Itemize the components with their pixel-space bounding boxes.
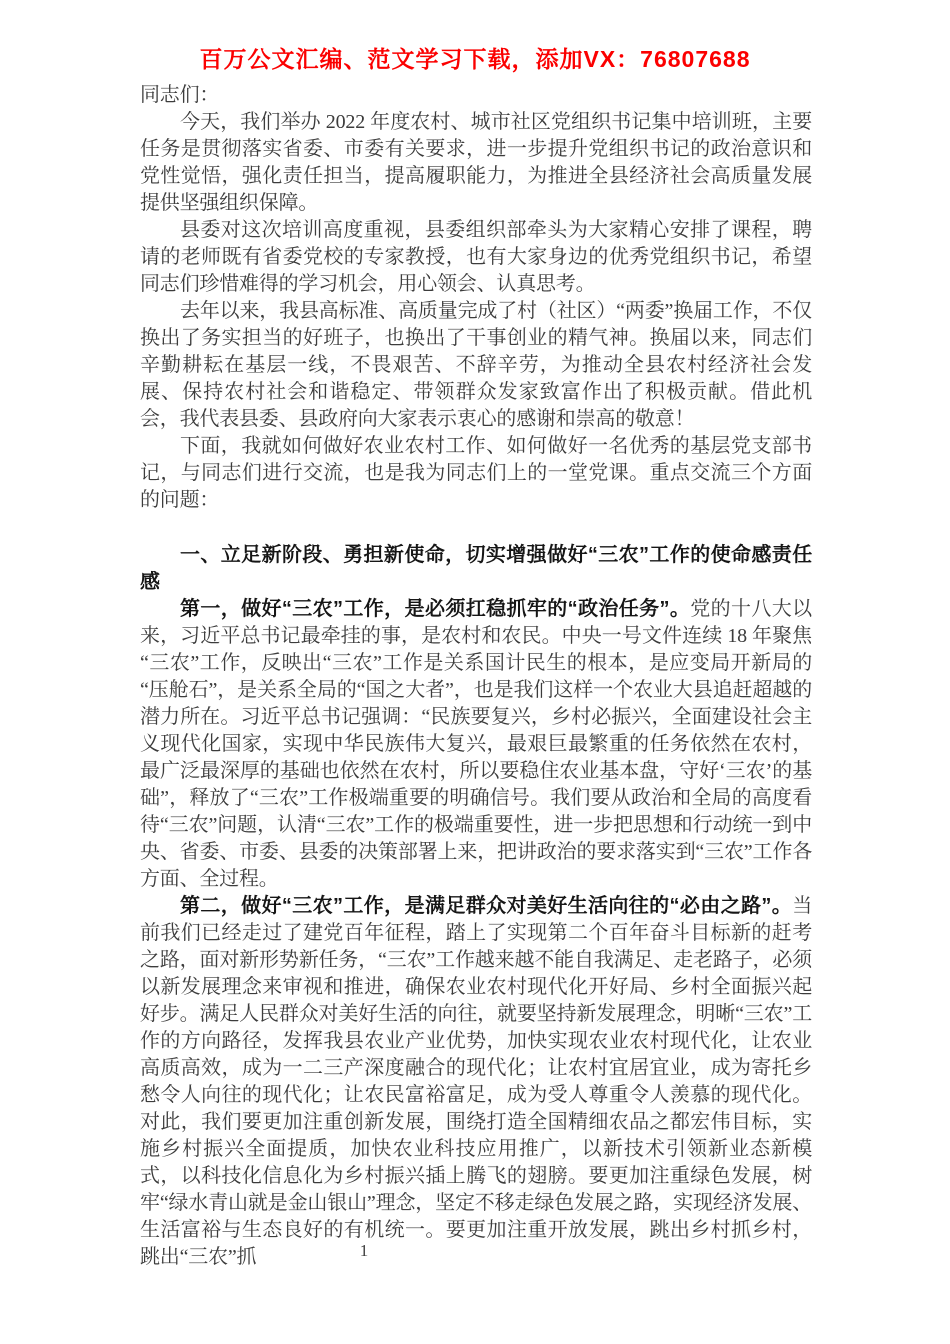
text-run: 去年以来，我县高标准、高质量完成了村（社区）“两委”换届工作，不仅换出了务实担当… xyxy=(140,300,812,430)
text-run: 当前我们已经走过了建党百年征程，踏上了实现第二个百年奋斗目标新的赶考之路，面对新… xyxy=(140,895,812,1268)
text-run: 下面，我就如何做好农业农村工作、如何做好一名优秀的基层党支部书记，与同志们进行交… xyxy=(140,435,812,511)
salutation: 同志们： xyxy=(140,82,812,109)
bold-run: 第二，做好“三农”工作，是满足群众对美好生活向往的“必由之路”。 xyxy=(180,895,792,917)
paragraph-container: 今天，我们举办 2022 年度农村、城市社区党组织书记集中培训班，主要任务是贯彻… xyxy=(140,109,812,1271)
bold-run: 一、立足新阶段、勇担新使命，切实增强做好“三农”工作的使命感责任感 xyxy=(140,544,812,593)
document-body: 同志们： 今天，我们举办 2022 年度农村、城市社区党组织书记集中培训班，主要… xyxy=(140,82,812,1271)
paragraph: 去年以来，我县高标准、高质量完成了村（社区）“两委”换届工作，不仅换出了务实担当… xyxy=(140,298,812,433)
paragraph: 县委对这次培训高度重视，县委组织部牵头为大家精心安排了课程，聘请的老师既有省委党… xyxy=(140,217,812,298)
page-number: 1 xyxy=(352,1241,376,1261)
paragraph: 下面，我就如何做好农业农村工作、如何做好一名优秀的基层党支部书记，与同志们进行交… xyxy=(140,433,812,514)
text-run: 县委对这次培训高度重视，县委组织部牵头为大家精心安排了课程，聘请的老师既有省委党… xyxy=(140,219,812,295)
watermark-header: 百万公文汇编、范文学习下载，添加VX：76807688 xyxy=(0,41,950,74)
text-run: 今天，我们举办 2022 年度农村、城市社区党组织书记集中培训班，主要任务是贯彻… xyxy=(140,111,812,214)
text-run: 党的十八大以来，习近平总书记最牵挂的事，是农村和农民。中央一号文件连续 18 年… xyxy=(140,598,812,890)
document-page: 百万公文汇编、范文学习下载，添加VX：76807688 同志们： 今天，我们举办… xyxy=(0,0,950,1344)
section-heading: 一、立足新阶段、勇担新使命，切实增强做好“三农”工作的使命感责任感 xyxy=(140,542,812,596)
bold-run: 第一，做好“三农”工作，是必须扛稳抓牢的“政治任务”。 xyxy=(180,598,690,620)
paragraph: 第二，做好“三农”工作，是满足群众对美好生活向往的“必由之路”。当前我们已经走过… xyxy=(140,893,812,1271)
paragraph: 第一，做好“三农”工作，是必须扛稳抓牢的“政治任务”。党的十八大以来，习近平总书… xyxy=(140,596,812,893)
paragraph: 今天，我们举办 2022 年度农村、城市社区党组织书记集中培训班，主要任务是贯彻… xyxy=(140,109,812,217)
